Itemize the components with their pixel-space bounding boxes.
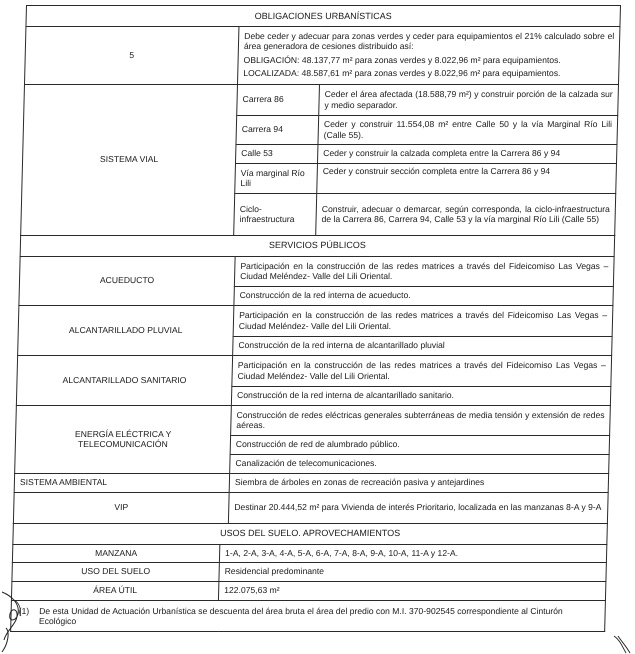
- vial-obligacion: Ceder y construir la calzada completa en…: [317, 144, 616, 163]
- vip-row: VIP Destinar 20.444,52 m² para Vivienda …: [13, 492, 608, 523]
- uso-label: MANZANA: [12, 544, 219, 562]
- handwritten-mark-icon: [612, 634, 632, 654]
- uso-row: USO DEL SUELO Residencial predominante: [12, 562, 606, 581]
- servicio-item: Participación en la construcción de las …: [232, 355, 612, 386]
- ambiental-value: Siembra de árboles en zonas de recreació…: [229, 473, 608, 492]
- servicios-table: SERVICIOS PÚBLICOS ACUEDUCTO Participaci…: [13, 235, 615, 524]
- cesiones-detail: Debe ceder y adecuar para zonas verdes y…: [237, 27, 619, 85]
- ambiental-row: SISTEMA AMBIENTAL Siembra de árboles en …: [14, 473, 608, 492]
- footnote-cell: (1) De esta Unidad de Actuación Urbaníst…: [11, 600, 606, 632]
- vip-value: Destinar 20.444,52 m² para Vivienda de i…: [228, 492, 608, 523]
- obligaciones-table: OBLIGACIONES URBANÍSTICAS 5 Debe ceder y…: [20, 5, 621, 236]
- cesiones-obligacion: OBLIGACIÓN: 48.137,77 m² para zonas verd…: [243, 55, 613, 65]
- section-title-servicios: SERVICIOS PÚBLICOS: [20, 235, 615, 256]
- cesiones-row: 5 Debe ceder y adecuar para zonas verdes…: [24, 27, 619, 85]
- uso-label: ÁREA ÚTIL: [11, 581, 218, 600]
- servicio-label: ACUEDUCTO: [19, 256, 235, 305]
- vial-via: Carrera 86: [237, 84, 320, 115]
- vial-via: Calle 53: [235, 144, 317, 163]
- servicio-row: ALCANTARILLADO PLUVIAL Participación en …: [18, 305, 613, 336]
- section-title-usos: USOS DEL SUELO. APROVECHAMIENTOS: [13, 523, 608, 544]
- vial-obligacion: Ceder el área afectada (18.588,79 m²) y …: [319, 84, 619, 115]
- section-header-row: OBLIGACIONES URBANÍSTICAS: [26, 6, 621, 27]
- uso-value: Residencial predominante: [219, 562, 606, 581]
- servicio-item: Construcción de la red interna de alcant…: [233, 336, 612, 355]
- uso-row: MANZANA 1-A, 2-A, 3-A, 4-A, 5-A, 6-A, 7-…: [12, 544, 606, 562]
- section-header-row: USOS DEL SUELO. APROVECHAMIENTOS: [13, 523, 608, 544]
- ambiental-label: SISTEMA AMBIENTAL: [14, 473, 229, 492]
- servicio-item: Canalización de telecomunicaciones.: [230, 454, 609, 473]
- vial-obligacion: Ceder y construir sección completa entre…: [317, 163, 617, 193]
- servicio-label: ENERGÍA ELÉCTRICA Y TELECOMUNICACIÓN: [15, 405, 232, 473]
- servicio-row: ENERGÍA ELÉCTRICA Y TELECOMUNICACIÓN Con…: [16, 405, 611, 435]
- servicio-label: ALCANTARILLADO PLUVIAL: [18, 305, 234, 355]
- vial-via: Ciclo-infraestructura: [234, 193, 317, 235]
- vial-row: SISTEMA VIAL Carrera 86 Ceder el área af…: [24, 84, 619, 115]
- uso-value: 122.075,63 m²: [218, 581, 605, 600]
- vial-obligacion: Construir, adecuar o demarcar, según cor…: [316, 193, 616, 235]
- servicio-label: ALCANTARILLADO SANITARIO: [16, 355, 232, 405]
- uso-label: USO DEL SUELO: [12, 562, 219, 581]
- vial-via: Carrera 94: [236, 115, 319, 144]
- servicio-item: Construcción de red de alumbrado público…: [230, 435, 609, 454]
- vip-label: VIP: [13, 492, 229, 523]
- servicio-row: ALCANTARILLADO SANITARIO Participación e…: [17, 355, 612, 386]
- document-table-frame: OBLIGACIONES URBANÍSTICAS 5 Debe ceder y…: [10, 5, 620, 632]
- servicio-item: Participación en la construcción de las …: [234, 256, 614, 286]
- section-title-obligaciones: OBLIGACIONES URBANÍSTICAS: [26, 6, 621, 27]
- vial-obligacion: Ceder y construir 11.554,08 m² entre Cal…: [318, 115, 618, 144]
- cesiones-label: 5: [24, 27, 238, 85]
- servicio-item: Participación en la construcción de las …: [233, 305, 613, 336]
- usos-table: USOS DEL SUELO. APROVECHAMIENTOS MANZANA…: [10, 523, 608, 633]
- vial-via: Vía marginal Río Lili: [235, 163, 318, 193]
- footnote-row: (1) De esta Unidad de Actuación Urbaníst…: [11, 600, 606, 632]
- sistema-vial-label: SISTEMA VIAL: [21, 84, 238, 235]
- servicio-item: Construcción de la red interna de alcant…: [231, 386, 610, 405]
- footnote-text: De esta Unidad de Actuación Urbanística …: [39, 606, 598, 627]
- cesiones-localizada: LOCALIZADA: 48.587,61 m² para zonas verd…: [243, 68, 613, 78]
- section-header-row: SERVICIOS PÚBLICOS: [20, 235, 615, 256]
- servicio-item: Construcción de la red interna de acuedu…: [234, 286, 613, 305]
- uso-value: 1-A, 2-A, 3-A, 4-A, 5-A, 6-A, 7-A, 8-A, …: [219, 544, 606, 562]
- servicio-item: Construcción de redes eléctricas general…: [231, 405, 611, 435]
- cesiones-intro: Debe ceder y adecuar para zonas verdes y…: [244, 31, 615, 52]
- uso-row: ÁREA ÚTIL 122.075,63 m²: [11, 581, 605, 600]
- handwritten-signature-icon: [0, 588, 26, 654]
- servicio-row: ACUEDUCTO Participación en la construcci…: [19, 256, 614, 286]
